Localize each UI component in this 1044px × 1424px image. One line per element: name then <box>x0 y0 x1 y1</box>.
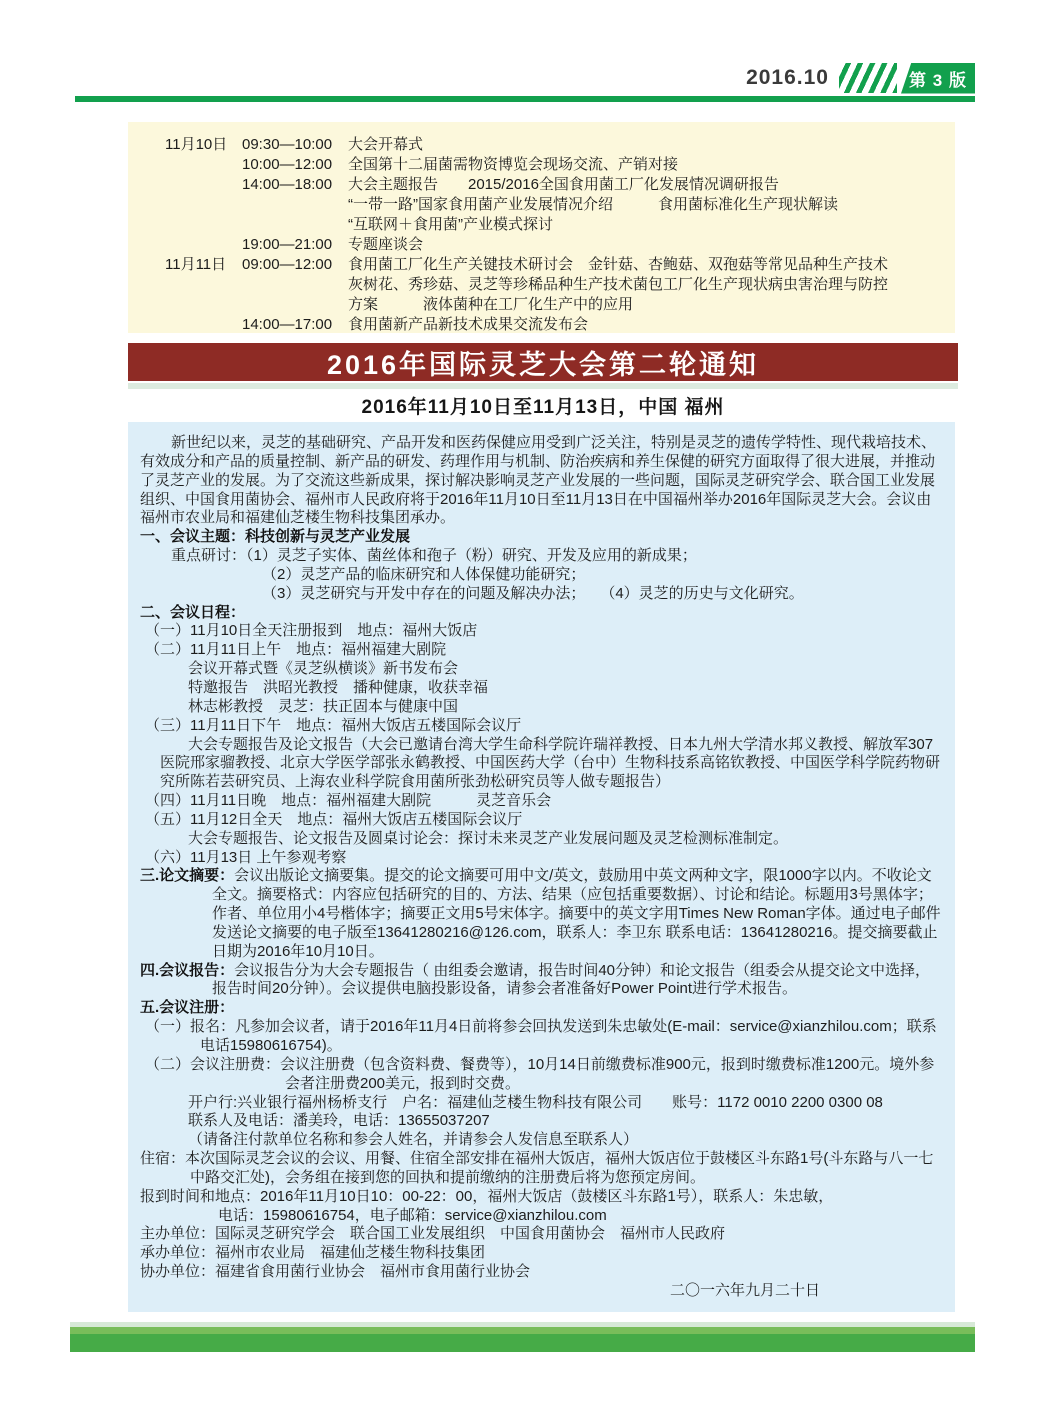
schedule-row: 19:00—21:00专题座谈会 <box>128 235 955 255</box>
schedule-row: 10:00—12:00全国第十二届菌需物资博览会现场交流、产销对接 <box>128 155 955 175</box>
issue-date: 2016.10 <box>746 66 829 90</box>
sch-time: 10:00—12:00 <box>242 155 348 175</box>
sch-date <box>165 315 242 333</box>
sch-time: 09:00—12:00 <box>242 255 348 275</box>
sch-time: 09:30—10:00 <box>242 135 348 155</box>
sch-time <box>242 195 348 215</box>
notice-line: （3）灵芝研究与开发中存在的问题及解决办法； （4）灵芝的历史与文化研究。 <box>140 585 943 604</box>
notice-line: （2）灵芝产品的临床研究和人体保健功能研究； <box>140 566 943 585</box>
sch-desc: 专题座谈会 <box>348 235 955 255</box>
notice-line: 五.会议注册： <box>140 999 943 1018</box>
page-header: 2016.10 第 3 版 <box>746 60 975 96</box>
banner-title: 2016年国际灵芝大会第二轮通知 <box>327 343 759 382</box>
banner-underline <box>128 383 958 389</box>
edition-badge: 第 3 版 <box>901 63 975 94</box>
notice-line: （一）报名：凡参加会议者，请于2016年11月4日前将参会回执发送到朱忠敏处(E… <box>140 1018 943 1056</box>
notice-body: 新世纪以来，灵芝的基础研究、产品开发和医药保健应用受到广泛关注，特别是灵芝的遗传… <box>140 434 943 1301</box>
schedule-row: 14:00—17:00食用菌新产品新技术成果交流发布会 <box>128 315 955 333</box>
sch-desc: “互联网＋食用菌”产业模式探讨 <box>348 215 955 235</box>
newspaper-page: 2016.10 第 3 版 11月10日09:30—10:00大会开幕式10:0… <box>0 0 1044 1424</box>
notice-line: （五）11月12日全天 地点：福州大饭店五楼国际会议厅 <box>140 811 943 830</box>
sch-date <box>165 175 242 195</box>
schedule-row: 方案 液体菌种在工厂化生产中的应用 <box>128 295 955 315</box>
sch-desc: 食用菌新产品新技术成果交流发布会 <box>348 315 955 333</box>
notice-line: 四.会议报告：会议报告分为大会专题报告（ 由组委会邀请，报告时间40分钟）和论文… <box>140 962 943 1000</box>
notice-line: 主办单位：国际灵芝研究学会 联合国工业发展组织 中国食用菌协会 福州市人民政府 <box>140 1225 943 1244</box>
notice-line: 报到时间和地点：2016年11月10日10：00-22：00，福州大饭店（鼓楼区… <box>140 1188 943 1207</box>
notice-banner: 2016年国际灵芝大会第二轮通知 <box>128 343 958 381</box>
notice-line: 承办单位：福州市农业局 福建仙芝楼生物科技集团 <box>140 1244 943 1263</box>
sch-desc: 全国第十二届菌需物资博览会现场交流、产销对接 <box>348 155 955 175</box>
sch-time <box>242 295 348 315</box>
sch-time <box>242 275 348 295</box>
schedule-row: 14:00—18:00大会主题报告 2015/2016全国食用菌工厂化发展情况调… <box>128 175 955 195</box>
sch-desc: “一带一路”国家食用菌产业发展情况介绍 食用菌标准化生产现状解读 <box>348 195 955 215</box>
sch-desc: 食用菌工厂化生产关键技术研讨会 金针菇、杏鲍菇、双孢菇等常见品种生产技术 <box>348 255 955 275</box>
schedule-table: 11月10日09:30—10:00大会开幕式10:00—12:00全国第十二届菌… <box>128 135 955 333</box>
sch-desc: 大会开幕式 <box>348 135 955 155</box>
notice-line: （请备注付款单位名称和参会人姓名，并请参会人发信息至联系人） <box>140 1131 943 1150</box>
notice-line: 住宿：本次国际灵芝会议的会议、用餐、住宿全部安排在福州大饭店，福州大饭店位于鼓楼… <box>140 1150 943 1188</box>
schedule-row: 灰树花、秀珍菇、灵芝等珍稀品种生产技术菌包工厂化生产现状病虫害治理与防控 <box>128 275 955 295</box>
notice-line: 联系人及电话：潘美玲，电话：13655037207 <box>140 1112 943 1131</box>
notice-line: 协办单位：福建省食用菌行业协会 福州市食用菌行业协会 <box>140 1263 943 1282</box>
diagonal-stripes-icon <box>839 63 897 93</box>
sch-time: 19:00—21:00 <box>242 235 348 255</box>
notice-line: 新世纪以来，灵芝的基础研究、产品开发和医药保健应用受到广泛关注，特别是灵芝的遗传… <box>140 434 943 528</box>
schedule-row: “互联网＋食用菌”产业模式探讨 <box>128 215 955 235</box>
schedule-box: 11月10日09:30—10:00大会开幕式10:00—12:00全国第十二届菌… <box>128 122 955 333</box>
notice-line: 大会专题报告及论文报告（大会已邀请台湾大学生命科学院许瑞祥教授、日本九州大学清水… <box>140 736 943 793</box>
schedule-row: 11月11日09:00—12:00食用菌工厂化生产关键技术研讨会 金针菇、杏鲍菇… <box>128 255 955 275</box>
sch-date <box>165 295 242 315</box>
header-rule <box>75 96 975 102</box>
notice-line: 重点研讨：（1）灵芝子实体、菌丝体和孢子（粉）研究、开发及应用的新成果； <box>140 547 943 566</box>
notice-line: 会议开幕式暨《灵芝纵横谈》新书发布会 <box>140 660 943 679</box>
sch-desc: 大会主题报告 2015/2016全国食用菌工厂化发展情况调研报告 <box>348 175 955 195</box>
notice-line: 电话：15980616754，电子邮箱：service@xianzhilou.c… <box>140 1207 943 1226</box>
schedule-row: 11月10日09:30—10:00大会开幕式 <box>128 135 955 155</box>
schedule-row: “一带一路”国家食用菌产业发展情况介绍 食用菌标准化生产现状解读 <box>128 195 955 215</box>
sch-time: 14:00—17:00 <box>242 315 348 333</box>
sch-desc: 灰树花、秀珍菇、灵芝等珍稀品种生产技术菌包工厂化生产现状病虫害治理与防控 <box>348 275 955 295</box>
notice-line: （六）11月13日 上午参观考察 <box>140 849 943 868</box>
notice-line: 大会专题报告、论文报告及圆桌讨论会：探讨未来灵芝产业发展问题及灵芝检测标准制定。 <box>140 830 943 849</box>
sch-date <box>165 195 242 215</box>
notice-line: 三.论文摘要：会议出版论文摘要集。提交的论文摘要可用中文/英文，鼓励用中英文两种… <box>140 867 943 961</box>
sch-time <box>242 215 348 235</box>
notice-line: 二、会议日程： <box>140 604 943 623</box>
notice-line: 特邀报告 洪昭光教授 播种健康，收获幸福 <box>140 679 943 698</box>
notice-line: （一）11月10日全天注册报到 地点：福州大饭店 <box>140 622 943 641</box>
sch-desc: 方案 液体菌种在工厂化生产中的应用 <box>348 295 955 315</box>
footer-bar <box>70 1322 975 1352</box>
sch-date: 11月11日 <box>165 255 242 275</box>
notice-box: 新世纪以来，灵芝的基础研究、产品开发和医药保健应用受到广泛关注，特别是灵芝的遗传… <box>128 422 955 1312</box>
notice-line: （四）11月11日晚 地点：福州福建大剧院 灵芝音乐会 <box>140 792 943 811</box>
notice-line: （二）会议注册费：会议注册费（包含资料费、餐费等），10月14日前缴费标准900… <box>140 1056 943 1094</box>
notice-subtitle: 2016年11月10日至11月13日，中国 福州 <box>128 392 958 419</box>
sch-date <box>165 275 242 295</box>
sch-date <box>165 235 242 255</box>
sch-date <box>165 215 242 235</box>
sch-time: 14:00—18:00 <box>242 175 348 195</box>
notice-line: （三）11月11日下午 地点：福州大饭店五楼国际会议厅 <box>140 717 943 736</box>
sch-date <box>165 155 242 175</box>
notice-line: 一、会议主题：科技创新与灵芝产业发展 <box>140 528 943 547</box>
notice-line: 二〇一六年九月二十日 <box>140 1282 943 1301</box>
notice-line: （二）11月11日上午 地点：福州福建大剧院 <box>140 641 943 660</box>
sch-date: 11月10日 <box>165 135 242 155</box>
notice-line: 林志彬教授 灵芝：扶正固本与健康中国 <box>140 698 943 717</box>
notice-line: 开户行:兴业银行福州杨桥支行 户名：福建仙芝楼生物科技有限公司 账号：1172 … <box>140 1094 943 1113</box>
